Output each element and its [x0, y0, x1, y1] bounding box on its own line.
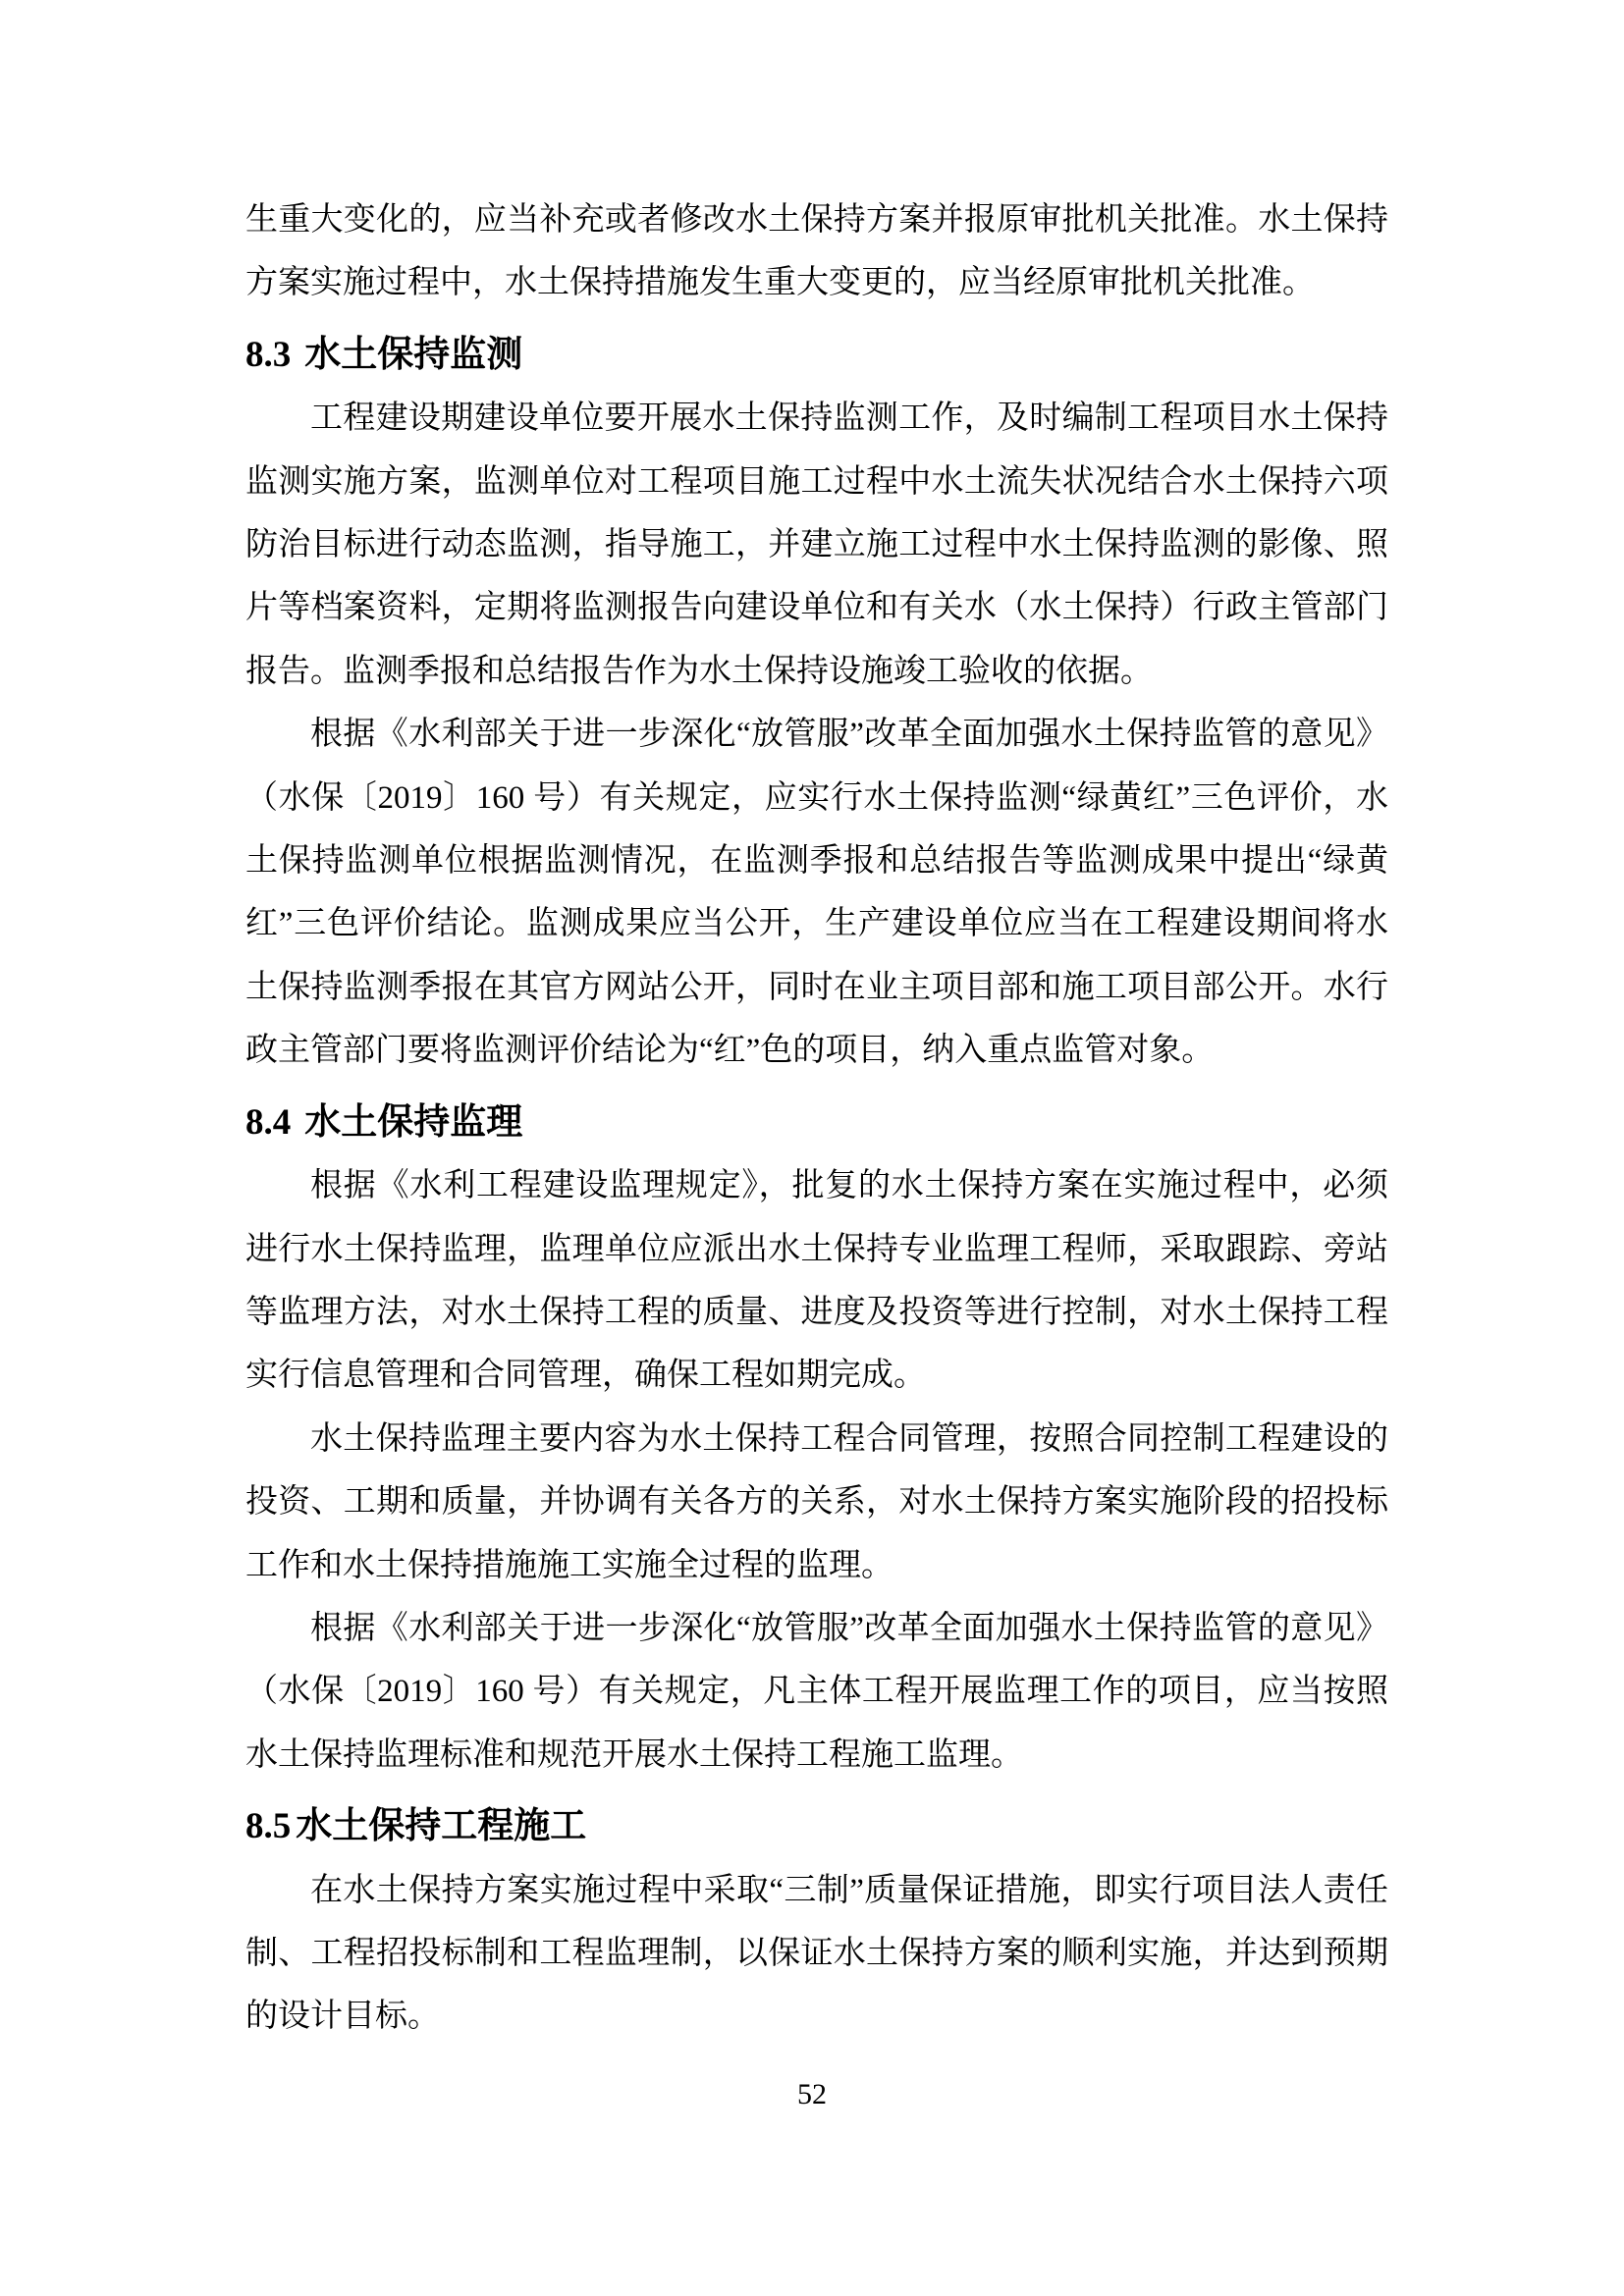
page-number: 52 [0, 2073, 1624, 2116]
section-heading-8-5: 8.5水土保持工程施工 [245, 1794, 1388, 1858]
paragraph-8-4-3: 根据《水利部关于进一步深化“放管服”改革全面加强水土保持监管的意见》（水保〔20… [245, 1597, 1388, 1787]
paragraph-8-4-2: 水土保持监理主要内容为水土保持工程合同管理，按照合同控制工程建设的投资、工期和质… [245, 1408, 1388, 1597]
section-heading-8-3: 8.3水土保持监测 [245, 323, 1388, 387]
section-heading-8-4: 8.4水土保持监理 [245, 1091, 1388, 1154]
section-number-8-4: 8.4 [245, 1102, 291, 1143]
section-number-8-5: 8.5 [245, 1806, 291, 1846]
document-content: 生重大变化的，应当补充或者修改水土保持方案并报原审批机关批准。水土保持方案实施过… [245, 188, 1388, 2049]
section-number-8-3: 8.3 [245, 335, 291, 375]
section-title-8-5: 水土保持工程施工 [296, 1805, 586, 1845]
paragraph-8-4-1: 根据《水利工程建设监理规定》，批复的水土保持方案在实施过程中，必须进行水土保持监… [245, 1154, 1388, 1408]
paragraph-continued-from-previous-page: 生重大变化的，应当补充或者修改水土保持方案并报原审批机关批准。水土保持方案实施过… [245, 188, 1388, 315]
section-title-8-3: 水土保持监测 [304, 334, 522, 374]
document-page: 生重大变化的，应当补充或者修改水土保持方案并报原审批机关批准。水土保持方案实施过… [0, 0, 1624, 2296]
paragraph-8-3-2: 根据《水利部关于进一步深化“放管服”改革全面加强水土保持监管的意见》（水保〔20… [245, 703, 1388, 1082]
paragraph-8-5-1: 在水土保持方案实施过程中采取“三制”质量保证措施，即实行项目法人责任制、工程招投… [245, 1859, 1388, 2049]
section-title-8-4: 水土保持监理 [304, 1101, 522, 1142]
paragraph-8-3-1: 工程建设期建设单位要开展水土保持监测工作，及时编制工程项目水土保持监测实施方案，… [245, 387, 1388, 703]
